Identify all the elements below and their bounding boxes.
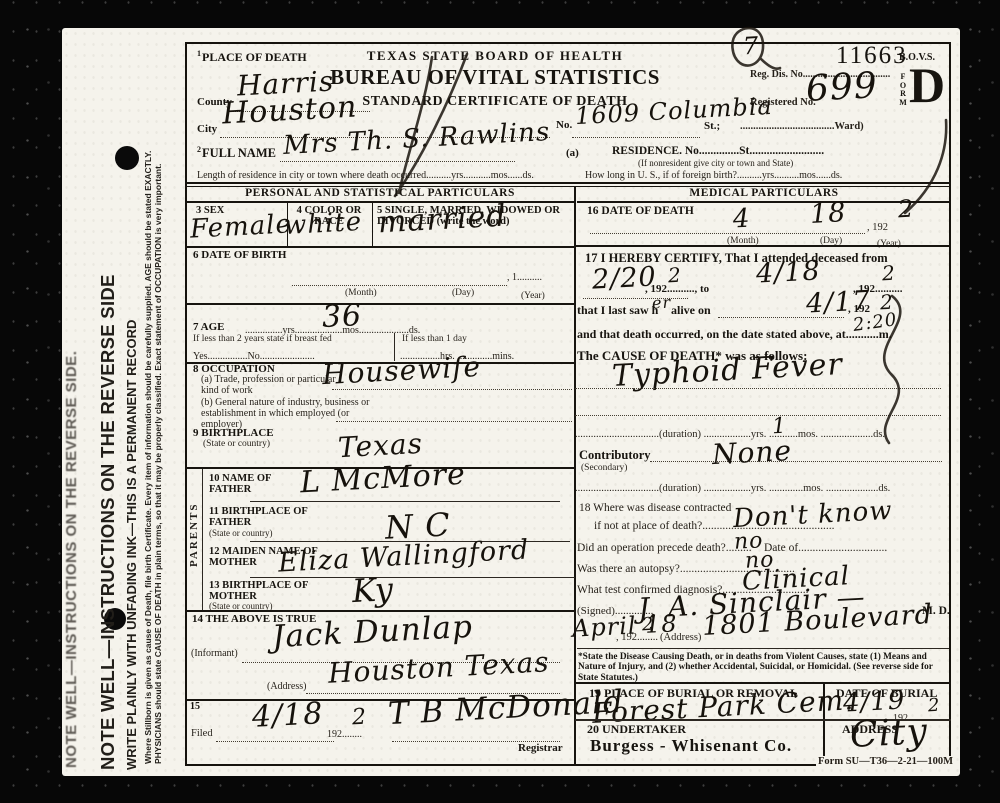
father-name-value: L McMore (299, 460, 466, 499)
mother-birthplace-label: 13 BIRTHPLACE OF MOTHER (209, 580, 319, 603)
contributory-label: Contributory (579, 449, 651, 463)
father-name-label: 10 NAME OF FATHER (209, 473, 304, 496)
undertaker-label: 20 UNDERTAKER (587, 723, 686, 736)
disease-contracted-line-1: 18 Where was disease contracted (579, 502, 731, 515)
dob-pre-year: , 1.......... (507, 272, 542, 283)
date-of-death-year: 2 (897, 197, 915, 222)
dob-rule (292, 285, 507, 286)
father-name-rule (250, 501, 560, 502)
secondary-label: (Secondary) (581, 463, 627, 474)
occupation-a-rule (332, 389, 572, 390)
informant-address-label: (Address) (267, 681, 306, 692)
father-birthplace-label: 11 BIRTHPLACE OF FATHER (209, 506, 319, 529)
sign-bottom-rule (577, 648, 949, 649)
informant-label: (Informant) (191, 648, 238, 659)
medical-title-rule (577, 201, 951, 203)
undertaker-address-value: City (849, 714, 929, 754)
personal-section-title: PERSONAL AND STATISTICAL PARTICULARS (185, 187, 575, 199)
filed-rule (216, 741, 334, 742)
registrar-label: Registrar (518, 743, 563, 755)
age-breast-note: If less than 2 years state if breast fed (193, 334, 332, 345)
header-rule-a (185, 182, 951, 184)
lastsaw-print-1: that I last saw h (577, 304, 658, 317)
date-of-death-year-print: , 192 (867, 222, 888, 234)
filed-date-value: 4/18 (251, 699, 324, 733)
disease-contracted-value: Don't know (732, 498, 893, 532)
filed-label: Filed (191, 728, 213, 740)
date-of-death-label: 16 DATE OF DEATH (587, 205, 694, 217)
registered-no-value: 699 (805, 68, 879, 108)
duration-2-line: ................................(duratio… (575, 483, 945, 495)
color-race-value: white (283, 209, 362, 239)
personal-title-rule (185, 201, 575, 203)
age-less-one-day-note: If less than 1 day (402, 334, 467, 345)
margin-write-plainly-text: WRITE PLAINLY WITH UNFADING INK—THIS IS … (124, 64, 139, 770)
marital-value: married (377, 202, 507, 239)
margin-note-well-text: NOTE WELL—INSTRUCTIONS ON THE REVERSE SI… (97, 58, 119, 770)
dob-day-sub: (Day) (452, 288, 474, 299)
filed-year-print: 192........ (327, 729, 362, 740)
footnote-bottom-rule (575, 682, 951, 684)
color-cell-divider (372, 203, 373, 247)
form-word: F O R M (898, 73, 908, 107)
margin-fine-print: Where Stillborn is given as cause of Dea… (143, 116, 171, 764)
operation-question: Did an operation precede death?......... (577, 542, 752, 555)
scanned-death-certificate: { "colors":{"paper":"#f5f3ec","ink":"#17… (0, 0, 1000, 803)
contributory-rule (650, 461, 942, 462)
full-name-label: 2FULL NAME (197, 146, 276, 161)
dob-bottom-rule (185, 303, 575, 305)
cause-rule-1 (575, 388, 941, 389)
ward-label: ....................................Ward… (740, 121, 864, 133)
filed-number: 15 (190, 702, 200, 713)
parents-bottom-rule (185, 610, 575, 612)
column-divider (574, 187, 576, 766)
dob-label: 6 DATE OF BIRTH (193, 250, 286, 262)
sex-value: Female (189, 211, 292, 242)
birthplace-sub: (State or country) (203, 439, 270, 450)
father-birthplace-sub: (State or country) (209, 528, 272, 538)
undertaker-stamp: Burgess - Whisenant Co. (590, 737, 792, 755)
statute-footnote: *State the Disease Causing Death, or in … (578, 652, 946, 683)
mother-maiden-rule (250, 577, 575, 578)
occupation-a-value: Housewife (321, 353, 481, 389)
lastsaw-hw-er: er (652, 295, 672, 312)
age-label: 7 AGE (193, 322, 224, 334)
margin-edge-text: NOTE WELL—INSTRUCTIONS ON THE REVERSE SI… (63, 56, 80, 768)
reg-dis-no-value: 7 (742, 34, 760, 59)
medical-section-title: MEDICAL PARTICULARS (577, 187, 951, 199)
mother-birthplace-value: Ky (351, 573, 395, 607)
filed-year-value: 2 (351, 707, 367, 730)
certify-to-year: 2 (881, 263, 896, 284)
sign-address-label: (Address) (660, 632, 701, 644)
certify-from-rule (583, 298, 688, 299)
a-label: (a) (566, 148, 579, 160)
form-number-footer: Form SU—T36—2-21—100M (816, 756, 955, 768)
dob-year-sub: (Year) (521, 291, 545, 302)
sign-year-value: 2 (642, 616, 655, 635)
contributory-value: None (711, 437, 792, 469)
cause-rule-2 (575, 415, 941, 416)
street-rule (572, 137, 700, 138)
street-no-label: No. (556, 120, 572, 132)
nonresident-note: (If nonresident give city or town and St… (638, 158, 793, 168)
lastsaw-print-2: alive on (671, 304, 711, 317)
full-name-rule (280, 161, 515, 162)
place-of-death-number: 1 (197, 49, 201, 58)
occupation-b-label: (b) General nature of industry, business… (201, 397, 373, 431)
certify-from-year: 2 (667, 265, 682, 286)
dod-bottom-rule (575, 245, 951, 247)
city-label: City (197, 124, 217, 136)
residence-label: RESIDENCE. No..............St...........… (612, 145, 824, 157)
form-letter: D (909, 60, 945, 110)
date-of-death-day: 18 (809, 199, 847, 228)
operation-date-label: Date of............................... (764, 542, 887, 555)
place-of-death-label: 1PLACE OF DEATH (197, 50, 307, 64)
us-length-line: How long in U. S., if of foreign birth?.… (585, 170, 842, 181)
date-of-death-month: 4 (732, 206, 751, 233)
board-title: TEXAS STATE BOARD OF HEALTH (330, 49, 660, 63)
parents-bracket-rule (202, 469, 203, 611)
cells-bottom-rule (185, 246, 575, 248)
city-value: Houston (221, 92, 358, 129)
date-of-death-rule (590, 233, 865, 234)
bureau-title: BUREAU OF VITAL STATISTICS (330, 66, 660, 89)
occupation-b-rule (336, 421, 572, 422)
length-residence-line: Length of residence in city or town wher… (197, 170, 534, 181)
age-yes-no: Yes................No...................… (193, 351, 315, 362)
full-name-number: 2 (197, 145, 201, 154)
certify-to-date: 4/18 (755, 257, 821, 287)
burial-year-value: 2 (928, 697, 941, 716)
birthplace-value: Texas (337, 430, 423, 462)
st-label: St.; (704, 121, 720, 133)
